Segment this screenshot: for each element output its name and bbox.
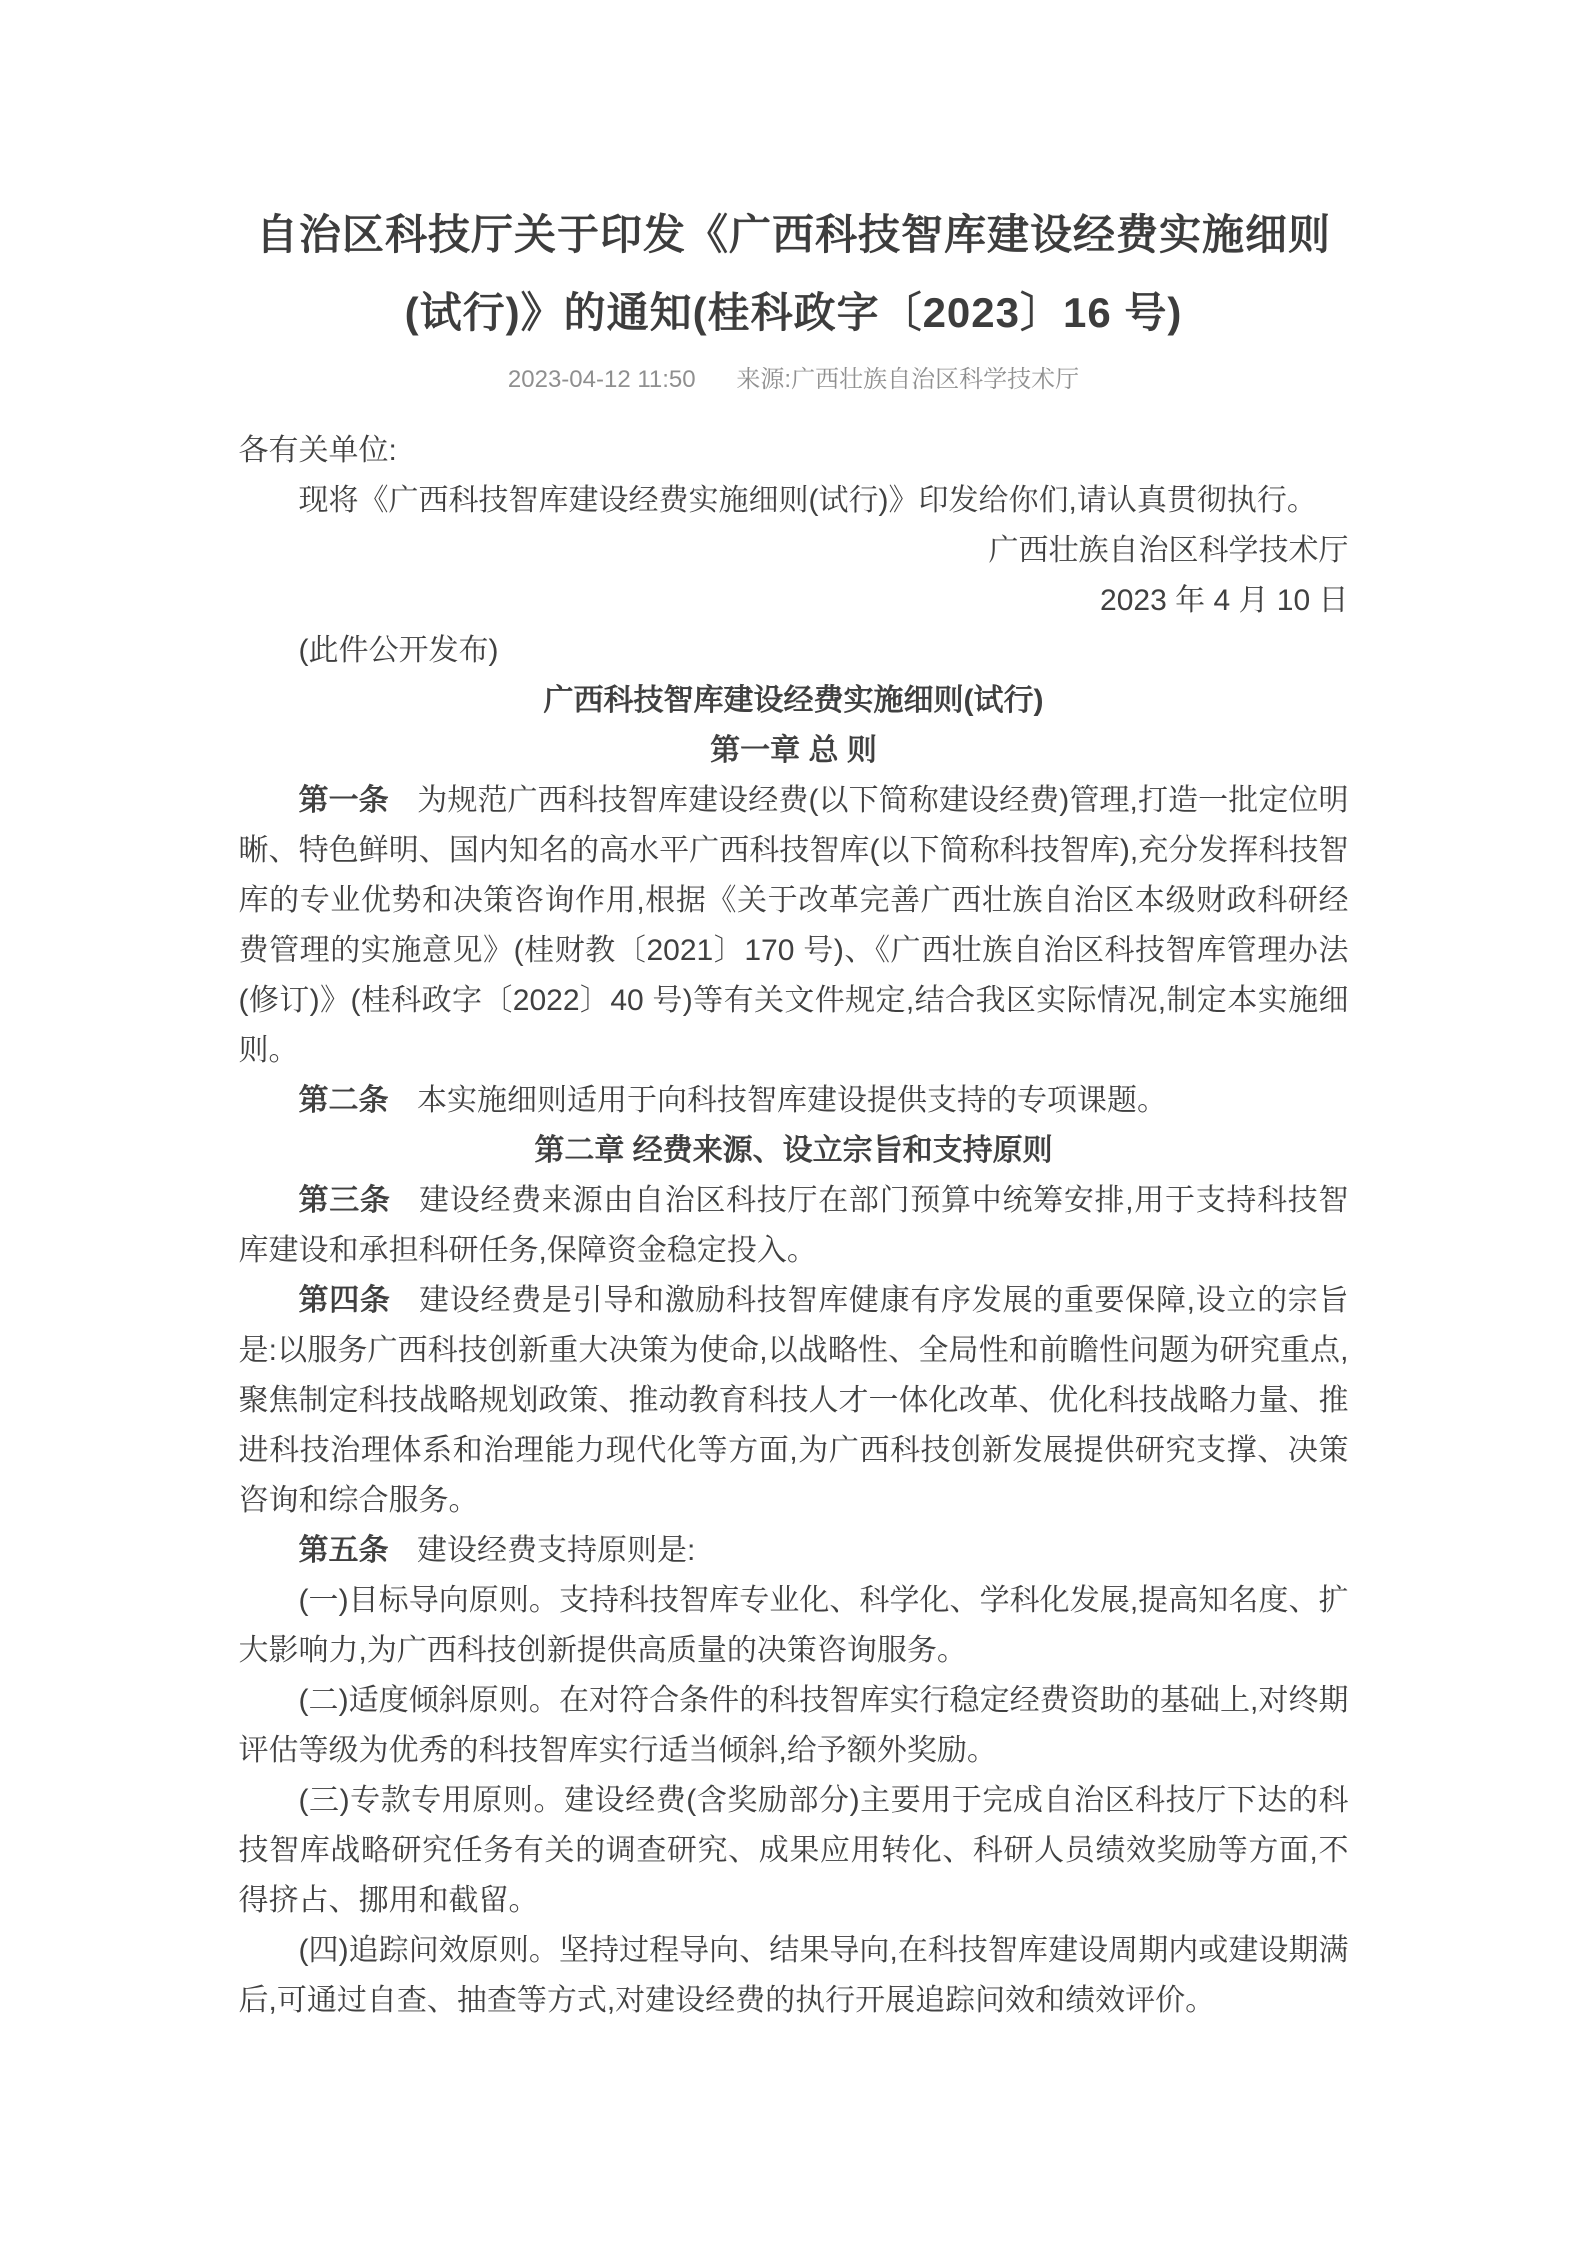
issuer-signature: 广西壮族自治区科学技术厅: [239, 526, 1349, 576]
issue-date: 2023 年 4 月 10 日: [239, 576, 1349, 626]
clause-number: 第五条: [299, 1534, 389, 1567]
chapter-1-heading: 第一章 总 则: [239, 726, 1349, 776]
source-name: 广西壮族自治区科学技术厅: [791, 366, 1079, 393]
clause-number: 第三条: [299, 1184, 391, 1217]
clause-4: 第四条建设经费是引导和激励科技智库健康有序发展的重要保障,设立的宗旨是:以服务广…: [239, 1276, 1349, 1526]
notice-title-line2: (试行)》的通知(桂科政字〔2023〕16 号): [239, 274, 1349, 352]
notice-title-line1: 自治区科技厅关于印发《广西科技智库建设经费实施细则: [239, 196, 1349, 274]
principle-2: (二)适度倾斜原则。在对符合条件的科技智库实行稳定经费资助的基础上,对终期评估等…: [239, 1676, 1349, 1776]
document-body: 各有关单位:现将《广西科技智库建设经费实施细则(试行)》印发给你们,请认真贯彻执…: [239, 426, 1349, 2026]
clause-2: 第二条本实施细则适用于向科技智库建设提供支持的专项课题。: [239, 1076, 1349, 1126]
clause-3: 第三条建设经费来源由自治区科技厅在部门预算中统筹安排,用于支持科技智库建设和承担…: [239, 1176, 1349, 1276]
clause-number: 第二条: [299, 1084, 389, 1117]
principle-3: (三)专款专用原则。建设经费(含奖励部分)主要用于完成自治区科技厅下达的科技智库…: [239, 1776, 1349, 1926]
clause-number: 第四条: [299, 1284, 391, 1317]
source-label: 来源:: [736, 366, 791, 393]
publish-timestamp: 2023-04-12 11:50: [508, 366, 696, 393]
principle-4: (四)追踪问效原则。坚持过程导向、结果导向,在科技智库建设周期内或建设期满后,可…: [239, 1926, 1349, 2026]
chapter-2-heading: 第二章 经费来源、设立宗旨和支持原则: [239, 1126, 1349, 1176]
notice-title: 自治区科技厅关于印发《广西科技智库建设经费实施细则 (试行)》的通知(桂科政字〔…: [239, 196, 1349, 352]
principle-1: (一)目标导向原则。支持科技智库专业化、科学化、学科化发展,提高知名度、扩大影响…: [239, 1576, 1349, 1676]
document-content: 自治区科技厅关于印发《广西科技智库建设经费实施细则 (试行)》的通知(桂科政字〔…: [239, 0, 1349, 2026]
meta-row: 2023-04-12 11:50来源:广西壮族自治区科学技术厅: [239, 364, 1349, 396]
public-release-note: (此件公开发布): [239, 626, 1349, 676]
forward-note: 现将《广西科技智库建设经费实施细则(试行)》印发给你们,请认真贯彻执行。: [239, 476, 1349, 526]
regulation-title: 广西科技智库建设经费实施细则(试行): [239, 676, 1349, 726]
clause-1: 第一条为规范广西科技智库建设经费(以下简称建设经费)管理,打造一批定位明晰、特色…: [239, 776, 1349, 1076]
clause-5: 第五条建设经费支持原则是:: [239, 1526, 1349, 1576]
clause-number: 第一条: [299, 784, 389, 817]
notice-page: { "header": { "title_line1": "自治区科技厅关于印发…: [0, 0, 1587, 2245]
salutation: 各有关单位:: [239, 426, 1349, 476]
